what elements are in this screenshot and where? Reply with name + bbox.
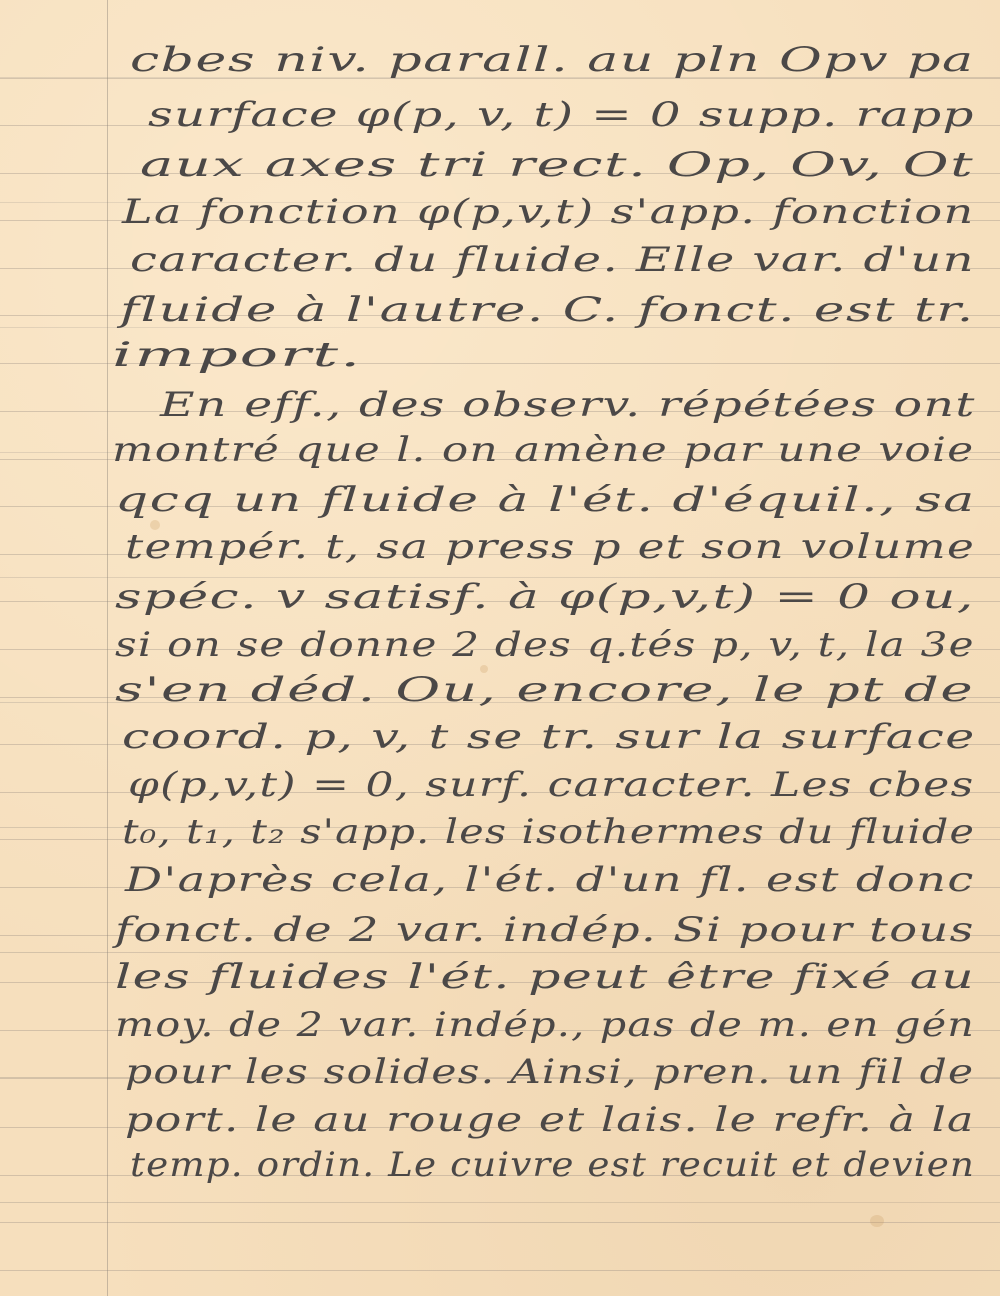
manuscript-line: spéc. v satisf. à φ(p,v,t) = 0 ou, bbox=[115, 577, 975, 617]
manuscript-page: cbes niv. parall. au pln Opv pa surface … bbox=[0, 0, 1000, 1296]
manuscript-line: import. bbox=[112, 335, 362, 375]
manuscript-line: s'en déd. Ou, encore, le pt de bbox=[115, 670, 974, 710]
manuscript-line: surface φ(p, v, t) = 0 supp. rapp bbox=[148, 95, 975, 135]
manuscript-line: qcq un fluide à l'ét. d'équil., sa bbox=[115, 480, 976, 520]
manuscript-line: D'après cela, l'ét. d'un fl. est donc bbox=[125, 860, 975, 900]
manuscript-line: t₀, t₁, t₂ s'app. les isothermes du flui… bbox=[122, 812, 975, 852]
manuscript-line: fluide à l'autre. C. fonct. est tr. bbox=[120, 290, 975, 330]
paper-stain bbox=[870, 1215, 884, 1227]
manuscript-line: pour les solides. Ainsi, pren. un fil de bbox=[125, 1052, 974, 1092]
manuscript-line: si on se donne 2 des q.tés p, v, t, la 3… bbox=[115, 625, 975, 665]
manuscript-line: aux axes tri rect. Op, Ov, Ot bbox=[140, 145, 974, 185]
rule-line bbox=[0, 1270, 1000, 1271]
manuscript-line: cbes niv. parall. au pln Opv pa bbox=[130, 40, 975, 80]
manuscript-line: temp. ordin. Le cuivre est recuit et dev… bbox=[130, 1145, 975, 1185]
manuscript-line: les fluides l'ét. peut être fixé au bbox=[115, 957, 975, 997]
manuscript-line: La fonction φ(p,v,t) s'app. fonction bbox=[122, 192, 975, 232]
manuscript-line: moy. de 2 var. indép., pas de m. en gén bbox=[115, 1005, 975, 1045]
rule-line bbox=[0, 1222, 1000, 1223]
manuscript-line: caracter. du fluide. Elle var. d'un bbox=[130, 240, 975, 280]
manuscript-line: port. le au rouge et lais. le refr. à la bbox=[125, 1100, 975, 1140]
manuscript-line: coord. p, v, t se tr. sur la surface bbox=[122, 717, 976, 757]
manuscript-line: fonct. de 2 var. indép. Si pour tous bbox=[115, 910, 975, 950]
manuscript-line: En eff., des observ. répétées ont bbox=[160, 385, 976, 425]
manuscript-line: φ(p,v,t) = 0, surf. caracter. Les cbes bbox=[128, 765, 974, 805]
manuscript-line: tempér. t, sa press p et son volume bbox=[125, 527, 975, 567]
manuscript-line: montré que l. on amène par une voie bbox=[112, 430, 974, 470]
margin-line bbox=[107, 0, 108, 1296]
